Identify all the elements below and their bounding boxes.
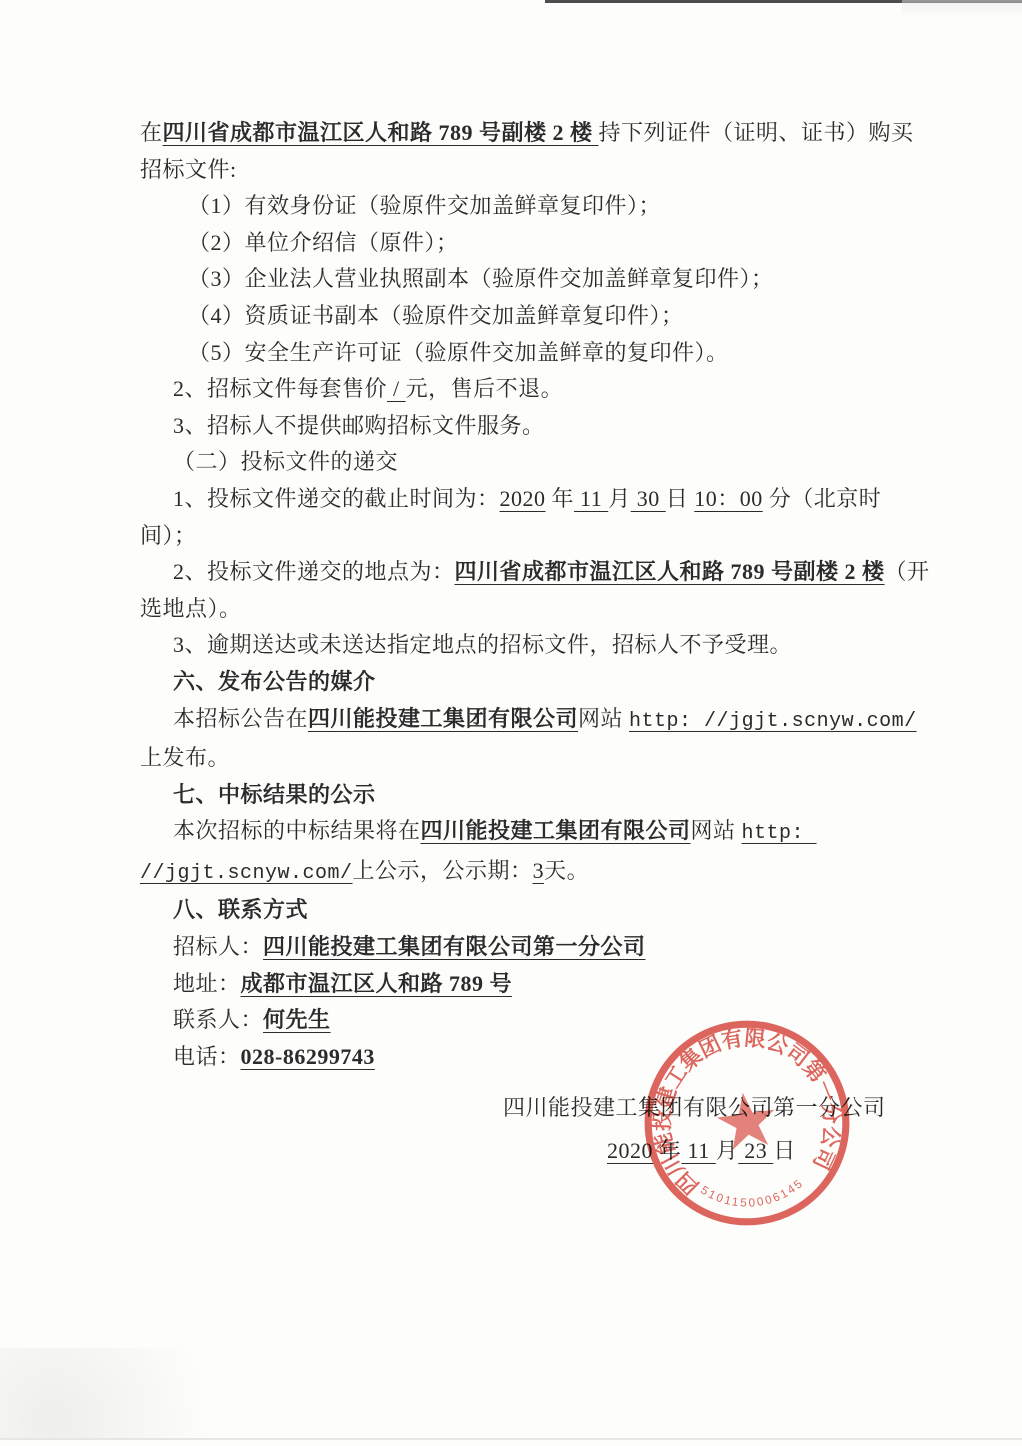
text-segment: 1、投标文件递交的截止时间为： [173, 486, 500, 511]
text-line: 1、投标文件递交的截止时间为：2020 年 11 月 30 日 10：00 分（… [140, 481, 912, 518]
text-line: //jgjt.scnyw.com/上公示，公示期：3天。 [140, 853, 912, 893]
text-segment: 上公示，公示期： [353, 858, 533, 883]
text-line: （3）企业法人营业执照副本（验原件交加盖鲜章复印件）； [140, 261, 912, 298]
text-segment: 元，售后不退。 [406, 376, 564, 401]
text-segment: 3 [533, 858, 545, 883]
text-line: 间）； [140, 518, 912, 555]
text-line: （5）安全生产许可证（验原件交加盖鲜章的复印件）。 [140, 335, 912, 372]
text-segment: 年 [546, 486, 575, 511]
text-segment: 028-86299743 [241, 1044, 375, 1069]
scanned-document-page: 在四川省成都市温江区人和路 789 号副楼 2 楼 持下列证件（证明、证书）购买… [0, 0, 1022, 1446]
text-line: 本次招标的中标结果将在四川能投建工集团有限公司网站 http: [140, 813, 912, 853]
text-segment: 上发布。 [140, 745, 230, 770]
text-segment: 选地点）。 [140, 596, 242, 621]
document-body-text: 在四川省成都市温江区人和路 789 号副楼 2 楼 持下列证件（证明、证书）购买… [140, 115, 912, 1075]
text-segment: 3、招标人不提供邮购招标文件服务。 [173, 413, 545, 438]
text-line: 2、投标文件递交的地点为：四川省成都市温江区人和路 789 号副楼 2 楼（开 [140, 554, 912, 591]
text-segment: 四川能投建工集团有限公司 [421, 818, 691, 843]
text-segment: 成都市温江区人和路 789 号 [241, 971, 513, 996]
text-segment: 网站 [691, 818, 742, 843]
text-line: 招标文件: [140, 152, 912, 189]
text-segment: （4）资质证书副本（验原件交加盖鲜章复印件）； [188, 303, 684, 328]
text-segment: 地址： [173, 971, 241, 996]
text-segment: 11 [574, 486, 608, 511]
text-segment: 四川省成都市温江区人和路 789 号副楼 2 楼 [163, 120, 599, 145]
text-segment: （5）安全生产许可证（验原件交加盖鲜章的复印件）。 [188, 340, 729, 365]
text-segment: （2）单位介绍信（原件）； [188, 230, 459, 255]
text-line: （1）有效身份证（验原件交加盖鲜章复印件）； [140, 188, 912, 225]
text-segment: //jgjt.scnyw.com/ [140, 862, 353, 885]
text-segment: 3、逾期送达或未送达指定地点的招标文件，招标人不予受理。 [173, 632, 792, 657]
text-segment: 本招标公告在 [173, 706, 308, 731]
text-line: 六、发布公告的媒介 [140, 664, 912, 701]
text-segment: 招标人： [173, 934, 263, 959]
text-line: 选地点）。 [140, 591, 912, 628]
text-segment: （开 [885, 559, 930, 584]
company-seal: 四川能投建工集团有限公司第一分公司 5101150006145 [626, 1002, 868, 1244]
text-segment: （1）有效身份证（验原件交加盖鲜章复印件）； [188, 193, 661, 218]
text-segment: http: [742, 822, 817, 845]
text-line: 3、逾期送达或未送达指定地点的招标文件，招标人不予受理。 [140, 627, 912, 664]
text-segment: 30 [631, 486, 666, 511]
text-line: 2、招标文件每套售价 / 元，售后不退。 [140, 371, 912, 408]
text-segment: 网站 [578, 706, 629, 731]
text-line: 上发布。 [140, 740, 912, 777]
text-segment: 持下列证件（证明、证书）购买 [599, 120, 914, 145]
text-segment: 在 [140, 120, 163, 145]
scan-artifact-corner [902, 0, 1022, 18]
text-segment: （二）投标文件的递交 [173, 449, 398, 474]
text-segment: （3）企业法人营业执照副本（验原件交加盖鲜章复印件）； [188, 266, 774, 291]
text-segment: 2、投标文件递交的地点为： [173, 559, 455, 584]
text-segment: 何先生 [263, 1007, 331, 1032]
text-segment: 间）； [140, 523, 197, 548]
text-line: （4）资质证书副本（验原件交加盖鲜章复印件）； [140, 298, 912, 335]
text-line: （2）单位介绍信（原件）； [140, 225, 912, 262]
text-segment: / [387, 376, 406, 401]
scan-artifact-noise [0, 1348, 300, 1438]
text-segment: 本次招标的中标结果将在 [173, 818, 421, 843]
text-segment: 日 [666, 486, 695, 511]
text-segment: 八、联系方式 [173, 897, 308, 922]
text-line: 八、联系方式 [140, 892, 912, 929]
text-line: 招标人：四川能投建工集团有限公司第一分公司 [140, 929, 912, 966]
text-segment: 六、发布公告的媒介 [173, 669, 376, 694]
text-line: 在四川省成都市温江区人和路 789 号副楼 2 楼 持下列证件（证明、证书）购买 [140, 115, 912, 152]
text-segment: 四川能投建工集团有限公司第一分公司 [263, 934, 646, 959]
text-segment: 2、招标文件每套售价 [173, 376, 387, 401]
text-segment: 招标文件: [140, 157, 237, 182]
text-segment: 2020 [500, 486, 546, 511]
scan-artifact-bottom-line [0, 1438, 1022, 1440]
text-line: 地址：成都市温江区人和路 789 号 [140, 966, 912, 1003]
text-line: （二）投标文件的递交 [140, 444, 912, 481]
text-segment: 10：00 [694, 486, 763, 511]
text-line: 七、中标结果的公示 [140, 777, 912, 814]
text-segment: http: //jgjt.scnyw.com/ [629, 710, 917, 733]
text-segment: 电话： [173, 1044, 241, 1069]
text-segment: 七、中标结果的公示 [173, 782, 376, 807]
text-segment: 四川省成都市温江区人和路 789 号副楼 2 楼 [455, 559, 885, 584]
text-line: 本招标公告在四川能投建工集团有限公司网站 http: //jgjt.scnyw.… [140, 701, 912, 741]
text-segment: 四川能投建工集团有限公司 [308, 706, 578, 731]
text-segment: 月 [608, 486, 631, 511]
seal-star-icon [714, 1089, 779, 1152]
text-line: 3、招标人不提供邮购招标文件服务。 [140, 408, 912, 445]
text-segment: 分（北京时 [763, 486, 882, 511]
text-segment: 天。 [544, 858, 589, 883]
text-segment: 联系人： [173, 1007, 263, 1032]
